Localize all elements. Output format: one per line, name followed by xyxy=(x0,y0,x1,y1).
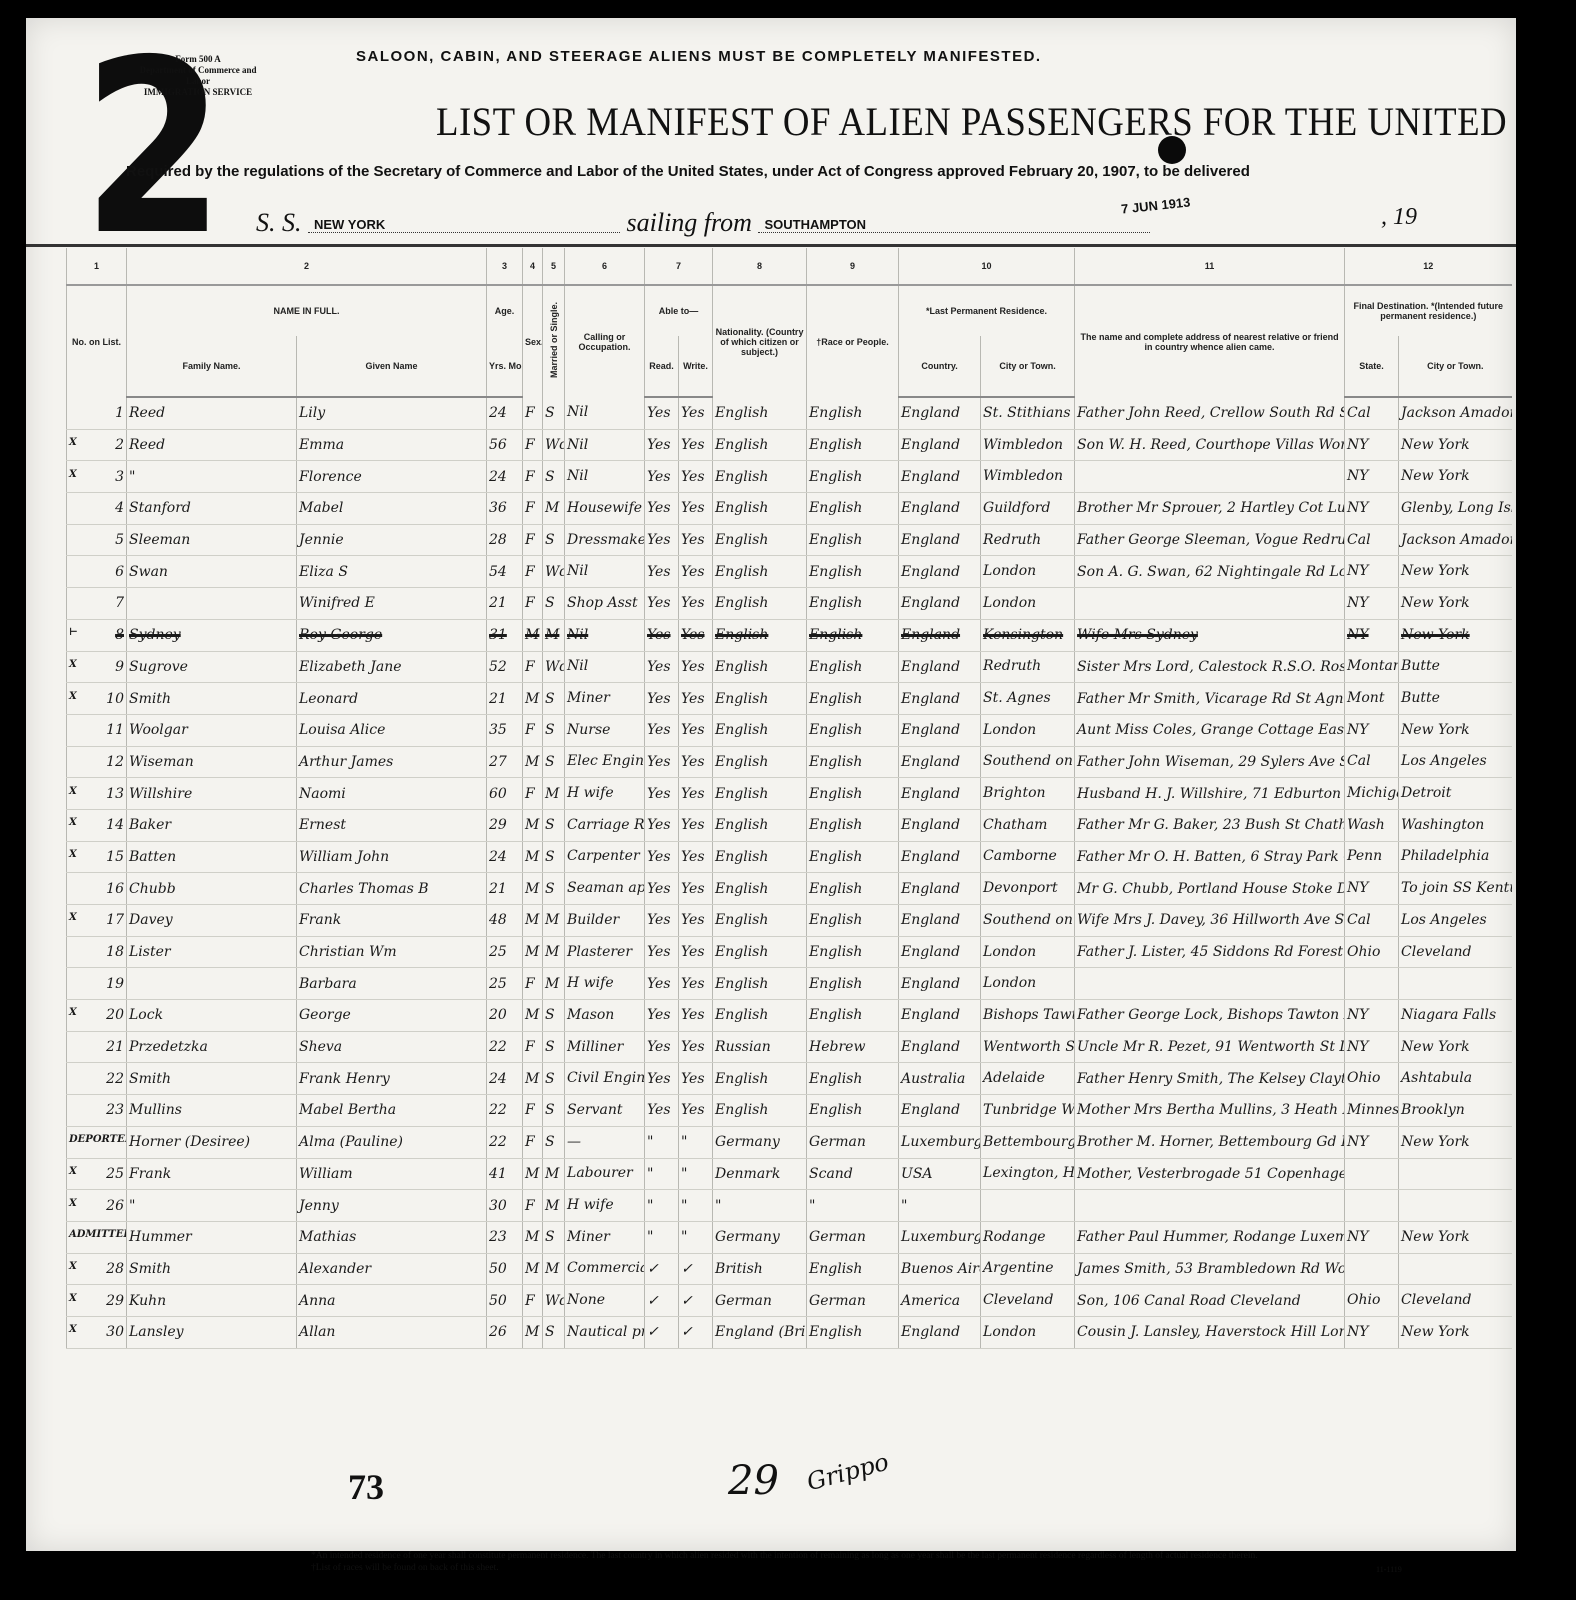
destination-city: New York xyxy=(1399,1221,1512,1253)
can-read: Yes xyxy=(645,841,679,873)
residence-country: England xyxy=(899,429,981,461)
nationality: British xyxy=(713,1253,807,1285)
table-row: X13 Willshire Naomi 60 F M H wife Yes Ye… xyxy=(67,778,1512,810)
age: 22 xyxy=(487,1126,523,1158)
age: 48 xyxy=(487,905,523,937)
col-dest-city: City or Town. xyxy=(1399,336,1512,397)
occupation: Plasterer xyxy=(565,936,645,968)
nearest-relative xyxy=(1075,1190,1345,1222)
age: 28 xyxy=(487,524,523,556)
residence-city: Lexington, Hudson xyxy=(981,1158,1075,1190)
row-number: 22 xyxy=(67,1063,127,1095)
occupation: Carpenter xyxy=(565,841,645,873)
table-row: 23 Mullins Mabel Bertha 22 F S Servant Y… xyxy=(67,1095,1512,1127)
can-read: Yes xyxy=(645,809,679,841)
marital-status: Wd xyxy=(543,429,565,461)
residence-city: Bettembourg xyxy=(981,1126,1075,1158)
age: 25 xyxy=(487,968,523,1000)
occupation: Shop Asst xyxy=(565,588,645,620)
age: 25 xyxy=(487,936,523,968)
family-name: Mullins xyxy=(127,1095,297,1127)
nearest-relative: Father George Sleeman, Vogue Redruth Cor… xyxy=(1075,524,1345,556)
sex: M xyxy=(523,683,543,715)
destination-state: Cal xyxy=(1345,905,1399,937)
sex: F xyxy=(523,493,543,525)
destination-city: Jackson Amador xyxy=(1399,524,1512,556)
table-row: 5 Sleeman Jennie 28 F S Dressmaker Yes Y… xyxy=(67,524,1512,556)
row-mark: X xyxy=(69,786,77,797)
row-number: 11 xyxy=(67,714,127,746)
sex: M xyxy=(523,1063,543,1095)
col-relative: The name and complete address of nearest… xyxy=(1075,285,1345,397)
destination-state: NY xyxy=(1345,1316,1399,1348)
destination-state: NY xyxy=(1345,619,1399,651)
race: English xyxy=(807,714,899,746)
occupation: Mason xyxy=(565,1000,645,1032)
inspector-signature: Grippo xyxy=(804,1448,892,1497)
occupation: Builder xyxy=(565,905,645,937)
can-write: Yes xyxy=(679,493,713,525)
table-row: X26 " Jenny 30 F M H wife " " " " " xyxy=(67,1190,1512,1222)
row-number: X10 xyxy=(67,683,127,715)
can-write: Yes xyxy=(679,1031,713,1063)
destination-state: Ohio xyxy=(1345,1063,1399,1095)
given-name: Charles Thomas B xyxy=(297,873,487,905)
age: 21 xyxy=(487,873,523,905)
can-read: Yes xyxy=(645,619,679,651)
race: English xyxy=(807,556,899,588)
occupation: Miner xyxy=(565,1221,645,1253)
destination-city xyxy=(1399,1253,1512,1285)
can-read: Yes xyxy=(645,524,679,556)
can-read: " xyxy=(645,1190,679,1222)
can-read: Yes xyxy=(645,429,679,461)
nationality: English xyxy=(713,556,807,588)
residence-city: Wimbledon xyxy=(981,429,1075,461)
can-read: Yes xyxy=(645,714,679,746)
family-name: Woolgar xyxy=(127,714,297,746)
sex: F xyxy=(523,556,543,588)
sex: M xyxy=(523,1253,543,1285)
residence-country: England xyxy=(899,588,981,620)
marital-status: S xyxy=(543,714,565,746)
sex: F xyxy=(523,1190,543,1222)
destination-state: NY xyxy=(1345,714,1399,746)
race: English xyxy=(807,841,899,873)
race: German xyxy=(807,1221,899,1253)
row-number: X29 xyxy=(67,1285,127,1317)
can-read: Yes xyxy=(645,1000,679,1032)
age: 20 xyxy=(487,1000,523,1032)
destination-state: Ohio xyxy=(1345,936,1399,968)
occupation: Nil xyxy=(565,461,645,493)
subtitle: Required by the regulations of the Secre… xyxy=(126,163,1250,180)
age: 60 xyxy=(487,778,523,810)
table-row: 7 Winifred E 21 F S Shop Asst Yes Yes En… xyxy=(67,588,1512,620)
age: 29 xyxy=(487,809,523,841)
residence-country: Luxemburg xyxy=(899,1221,981,1253)
residence-country: England xyxy=(899,461,981,493)
residence-country: England xyxy=(899,936,981,968)
divider xyxy=(26,244,1516,247)
table-row: X17 Davey Frank 48 M M Builder Yes Yes E… xyxy=(67,905,1512,937)
destination-state: NY xyxy=(1345,873,1399,905)
can-read: Yes xyxy=(645,968,679,1000)
race: English xyxy=(807,936,899,968)
nearest-relative: Husband H. J. Willshire, 71 Edburton Ave… xyxy=(1075,778,1345,810)
row-mark: X xyxy=(69,469,77,480)
race: English xyxy=(807,809,899,841)
marital-status: S xyxy=(543,1316,565,1348)
sex: M xyxy=(523,1316,543,1348)
given-name: Ernest xyxy=(297,809,487,841)
destination-state: NY xyxy=(1345,461,1399,493)
page-title: LIST OR MANIFEST OF ALIEN PASSENGERS FOR… xyxy=(436,98,1507,145)
nearest-relative: Mr G. Chubb, Portland House Stoke Devonp… xyxy=(1075,873,1345,905)
marital-status: Wd xyxy=(543,556,565,588)
given-name: Frank Henry xyxy=(297,1063,487,1095)
table-row: X14 Baker Ernest 29 M S Carriage Repaire… xyxy=(67,809,1512,841)
col-family-name: Family Name. xyxy=(127,336,297,397)
row-number: 5 xyxy=(67,524,127,556)
table-row: X28 Smith Alexander 50 M M Commercial ✓ … xyxy=(67,1253,1512,1285)
family-name: Reed xyxy=(127,397,297,429)
destination-state: Wash xyxy=(1345,809,1399,841)
can-read: " xyxy=(645,1158,679,1190)
residence-country: England xyxy=(899,746,981,778)
row-number: 12 xyxy=(67,746,127,778)
marital-status: M xyxy=(543,905,565,937)
col-final-destination: Final Destination. *(Intended future per… xyxy=(1345,285,1512,336)
age: 56 xyxy=(487,429,523,461)
destination-city: Glenby, Long Island xyxy=(1399,493,1512,525)
nationality: English xyxy=(713,524,807,556)
destination-city: New York xyxy=(1399,619,1512,651)
race: English xyxy=(807,746,899,778)
row-number: X3 xyxy=(67,461,127,493)
nationality: English xyxy=(713,936,807,968)
residence-city: London xyxy=(981,968,1075,1000)
table-row: X9 Sugrove Elizabeth Jane 52 F Wd Nil Ye… xyxy=(67,651,1512,683)
family-name: Przedetzka xyxy=(127,1031,297,1063)
row-number: 18 xyxy=(67,936,127,968)
occupation: Nil xyxy=(565,619,645,651)
row-mark: X xyxy=(69,849,77,860)
nationality: English xyxy=(713,968,807,1000)
row-mark: X xyxy=(69,1324,77,1335)
given-name: Frank xyxy=(297,905,487,937)
nearest-relative: Mother, Vesterbrogade 51 Copenhagen xyxy=(1075,1158,1345,1190)
race: Scand xyxy=(807,1158,899,1190)
can-write: " xyxy=(679,1158,713,1190)
destination-city: To join SS Kentucky xyxy=(1399,873,1512,905)
destination-city: New York xyxy=(1399,556,1512,588)
destination-state: Penn xyxy=(1345,841,1399,873)
family-name: Chubb xyxy=(127,873,297,905)
family-name: Swan xyxy=(127,556,297,588)
table-row: X2 Reed Emma 56 F Wd Nil Yes Yes English… xyxy=(67,429,1512,461)
race: English xyxy=(807,905,899,937)
nationality: English xyxy=(713,1000,807,1032)
nearest-relative xyxy=(1075,968,1345,1000)
can-write: Yes xyxy=(679,905,713,937)
residence-city: Camborne xyxy=(981,841,1075,873)
race: Hebrew xyxy=(807,1031,899,1063)
race: English xyxy=(807,778,899,810)
nearest-relative: Father John Wiseman, 29 Sylers Ave South… xyxy=(1075,746,1345,778)
occupation: Elec Engineer xyxy=(565,746,645,778)
nearest-relative: Son A. G. Swan, 62 Nightingale Rd London xyxy=(1075,556,1345,588)
can-read: Yes xyxy=(645,397,679,429)
sex: M xyxy=(523,873,543,905)
can-write: Yes xyxy=(679,556,713,588)
col-country: Country. xyxy=(899,336,981,397)
col-able-to: Able to— xyxy=(645,285,713,336)
family-name: Stanford xyxy=(127,493,297,525)
can-write: Yes xyxy=(679,588,713,620)
residence-city: Guildford xyxy=(981,493,1075,525)
row-number: 16 xyxy=(67,873,127,905)
col-sex: Sex. xyxy=(523,285,543,397)
can-read: Yes xyxy=(645,778,679,810)
family-name: Horner (Desiree) xyxy=(127,1126,297,1158)
row-mark: X xyxy=(69,691,77,702)
nationality: Germany xyxy=(713,1221,807,1253)
marital-status: S xyxy=(543,397,565,429)
destination-state: Mont xyxy=(1345,683,1399,715)
residence-country: England xyxy=(899,493,981,525)
given-name: Roy George xyxy=(297,619,487,651)
given-name: George xyxy=(297,1000,487,1032)
row-mark: ADMITTED xyxy=(69,1229,127,1240)
table-row: 21 Przedetzka Sheva 22 F S Milliner Yes … xyxy=(67,1031,1512,1063)
row-number: 7 xyxy=(67,588,127,620)
nationality: English xyxy=(713,873,807,905)
sex: F xyxy=(523,1031,543,1063)
residence-country: England xyxy=(899,1000,981,1032)
family-name: Smith xyxy=(127,1063,297,1095)
row-number: X20 xyxy=(67,1000,127,1032)
occupation: Nil xyxy=(565,651,645,683)
nationality: English xyxy=(713,619,807,651)
nationality: English xyxy=(713,841,807,873)
nationality: English xyxy=(713,461,807,493)
row-number: X15 xyxy=(67,841,127,873)
family-name: Kuhn xyxy=(127,1285,297,1317)
can-write: ✓ xyxy=(679,1316,713,1348)
given-name: Mabel Bertha xyxy=(297,1095,487,1127)
row-number: X14 xyxy=(67,809,127,841)
destination-state: NY xyxy=(1345,1000,1399,1032)
occupation: Nil xyxy=(565,397,645,429)
destination-state: Michigan xyxy=(1345,778,1399,810)
occupation: H wife xyxy=(565,778,645,810)
age: 41 xyxy=(487,1158,523,1190)
destination-city: New York xyxy=(1399,461,1512,493)
nationality: England (British) xyxy=(713,1316,807,1348)
race: English xyxy=(807,429,899,461)
destination-city: Los Angeles xyxy=(1399,905,1512,937)
destination-city: New York xyxy=(1399,1126,1512,1158)
residence-city: Wimbledon xyxy=(981,461,1075,493)
residence-country: America xyxy=(899,1285,981,1317)
table-row: ⊢8 Sydney Roy George 31 M M Nil Yes Yes … xyxy=(67,619,1512,651)
residence-city: London xyxy=(981,588,1075,620)
nearest-relative: Father Mr G. Baker, 23 Bush St Chatham K… xyxy=(1075,809,1345,841)
race: English xyxy=(807,1063,899,1095)
row-mark: X xyxy=(69,659,77,670)
family-name: Willshire xyxy=(127,778,297,810)
occupation: Labourer xyxy=(565,1158,645,1190)
row-number: X17 xyxy=(67,905,127,937)
destination-state: Cal xyxy=(1345,524,1399,556)
nationality: English xyxy=(713,714,807,746)
age: 27 xyxy=(487,746,523,778)
given-name: Elizabeth Jane xyxy=(297,651,487,683)
table-row: X20 Lock George 20 M S Mason Yes Yes Eng… xyxy=(67,1000,1512,1032)
nearest-relative: Wife Mrs Sydney xyxy=(1075,619,1345,651)
age: 31 xyxy=(487,619,523,651)
residence-city: Adelaide xyxy=(981,1063,1075,1095)
punch-hole-icon xyxy=(1158,136,1186,164)
destination-city: Brooklyn xyxy=(1399,1095,1512,1127)
occupation: Nurse xyxy=(565,714,645,746)
given-name: William xyxy=(297,1158,487,1190)
family-name: " xyxy=(127,461,297,493)
given-name: Leonard xyxy=(297,683,487,715)
residence-country: Luxemburg xyxy=(899,1126,981,1158)
occupation: H wife xyxy=(565,968,645,1000)
nationality: Denmark xyxy=(713,1158,807,1190)
can-write: Yes xyxy=(679,683,713,715)
destination-state: NY xyxy=(1345,556,1399,588)
destination-state: NY xyxy=(1345,1221,1399,1253)
table-row: X30 Lansley Allan 26 M S Nautical profes… xyxy=(67,1316,1512,1348)
marital-status: M xyxy=(543,778,565,810)
family-name: Frank xyxy=(127,1158,297,1190)
residence-country: England xyxy=(899,778,981,810)
residence-country: USA xyxy=(899,1158,981,1190)
marital-status: S xyxy=(543,461,565,493)
sex: F xyxy=(523,651,543,683)
nearest-relative: Father Mr O. H. Batten, 6 Stray Park Cam… xyxy=(1075,841,1345,873)
family-name: Hummer xyxy=(127,1221,297,1253)
given-name: Emma xyxy=(297,429,487,461)
residence-city: Redruth xyxy=(981,651,1075,683)
destination-city: Butte xyxy=(1399,683,1512,715)
table-row: 16 Chubb Charles Thomas B 21 M S Seaman … xyxy=(67,873,1512,905)
family-name: Baker xyxy=(127,809,297,841)
marital-status: S xyxy=(543,1063,565,1095)
can-read: ✓ xyxy=(645,1285,679,1317)
can-read: ✓ xyxy=(645,1316,679,1348)
family-name: Lock xyxy=(127,1000,297,1032)
destination-city: Butte xyxy=(1399,651,1512,683)
marital-status: S xyxy=(543,873,565,905)
residence-city: Chatham xyxy=(981,809,1075,841)
nationality: English xyxy=(713,809,807,841)
occupation: Carriage Repairer xyxy=(565,809,645,841)
race: English xyxy=(807,461,899,493)
col-write: Write. xyxy=(679,336,713,397)
family-name: Davey xyxy=(127,905,297,937)
nearest-relative: Brother M. Horner, Bettembourg Gd Duchy … xyxy=(1075,1126,1345,1158)
given-name: Eliza S xyxy=(297,556,487,588)
occupation: Miner xyxy=(565,683,645,715)
marital-status: S xyxy=(543,1126,565,1158)
nationality: English xyxy=(713,778,807,810)
destination-state: Ohio xyxy=(1345,1285,1399,1317)
residence-country: England xyxy=(899,809,981,841)
nationality: English xyxy=(713,683,807,715)
residence-city: St. Stithians xyxy=(981,397,1075,429)
sex: F xyxy=(523,1095,543,1127)
family-name: Reed xyxy=(127,429,297,461)
occupation: Seaman apprentice xyxy=(565,873,645,905)
can-read: " xyxy=(645,1221,679,1253)
occupation: Dressmaker xyxy=(565,524,645,556)
nationality: English xyxy=(713,651,807,683)
family-name: Sleeman xyxy=(127,524,297,556)
nearest-relative: Father Mr Smith, Vicarage Rd St Agnes Co… xyxy=(1075,683,1345,715)
can-read: Yes xyxy=(645,588,679,620)
occupation: Nil xyxy=(565,429,645,461)
occupation: Servant xyxy=(565,1095,645,1127)
can-write: Yes xyxy=(679,746,713,778)
sex: M xyxy=(523,619,543,651)
table-row: X25 Frank William 41 M M Labourer " " De… xyxy=(67,1158,1512,1190)
sex: F xyxy=(523,968,543,1000)
family-name: Wiseman xyxy=(127,746,297,778)
table-row: X29 Kuhn Anna 50 F Wd None ✓ ✓ German Ge… xyxy=(67,1285,1512,1317)
given-name: Christian Wm xyxy=(297,936,487,968)
given-name: Jennie xyxy=(297,524,487,556)
nearest-relative: Sister Mrs Lord, Calestock R.S.O. Rosenp… xyxy=(1075,651,1345,683)
can-write: Yes xyxy=(679,714,713,746)
destination-state: NY xyxy=(1345,493,1399,525)
nationality: Germany xyxy=(713,1126,807,1158)
marital-status: S xyxy=(543,1000,565,1032)
sex: F xyxy=(523,397,543,429)
nearest-relative: Aunt Miss Coles, Grange Cottage East St … xyxy=(1075,714,1345,746)
marital-status: S xyxy=(543,746,565,778)
race: German xyxy=(807,1126,899,1158)
given-name: Winifred E xyxy=(297,588,487,620)
marital-status: M xyxy=(543,493,565,525)
residence-country: England xyxy=(899,873,981,905)
residence-city: Cleveland xyxy=(981,1285,1075,1317)
nearest-relative: Son W. H. Reed, Courthope Villas Worple … xyxy=(1075,429,1345,461)
nearest-relative: Father J. Lister, 45 Siddons Rd Forest H… xyxy=(1075,936,1345,968)
marital-status: Wd xyxy=(543,651,565,683)
can-write: Yes xyxy=(679,778,713,810)
residence-city: Redruth xyxy=(981,524,1075,556)
age: 35 xyxy=(487,714,523,746)
race: English xyxy=(807,619,899,651)
nearest-relative: Wife Mrs J. Davey, 36 Hillworth Ave Sout… xyxy=(1075,905,1345,937)
residence-city: London xyxy=(981,1316,1075,1348)
residence-country: Buenos Aires xyxy=(899,1253,981,1285)
nearest-relative: Father Paul Hummer, Rodange Luxemburg xyxy=(1075,1221,1345,1253)
year-suffix: , 19 xyxy=(1381,204,1417,231)
race: English xyxy=(807,873,899,905)
row-number: X2 xyxy=(67,429,127,461)
can-write: Yes xyxy=(679,1095,713,1127)
ship-name: NEW YORK xyxy=(308,217,620,233)
residence-city: Tunbridge Wells xyxy=(981,1095,1075,1127)
row-number: 21 xyxy=(67,1031,127,1063)
sex: F xyxy=(523,1126,543,1158)
